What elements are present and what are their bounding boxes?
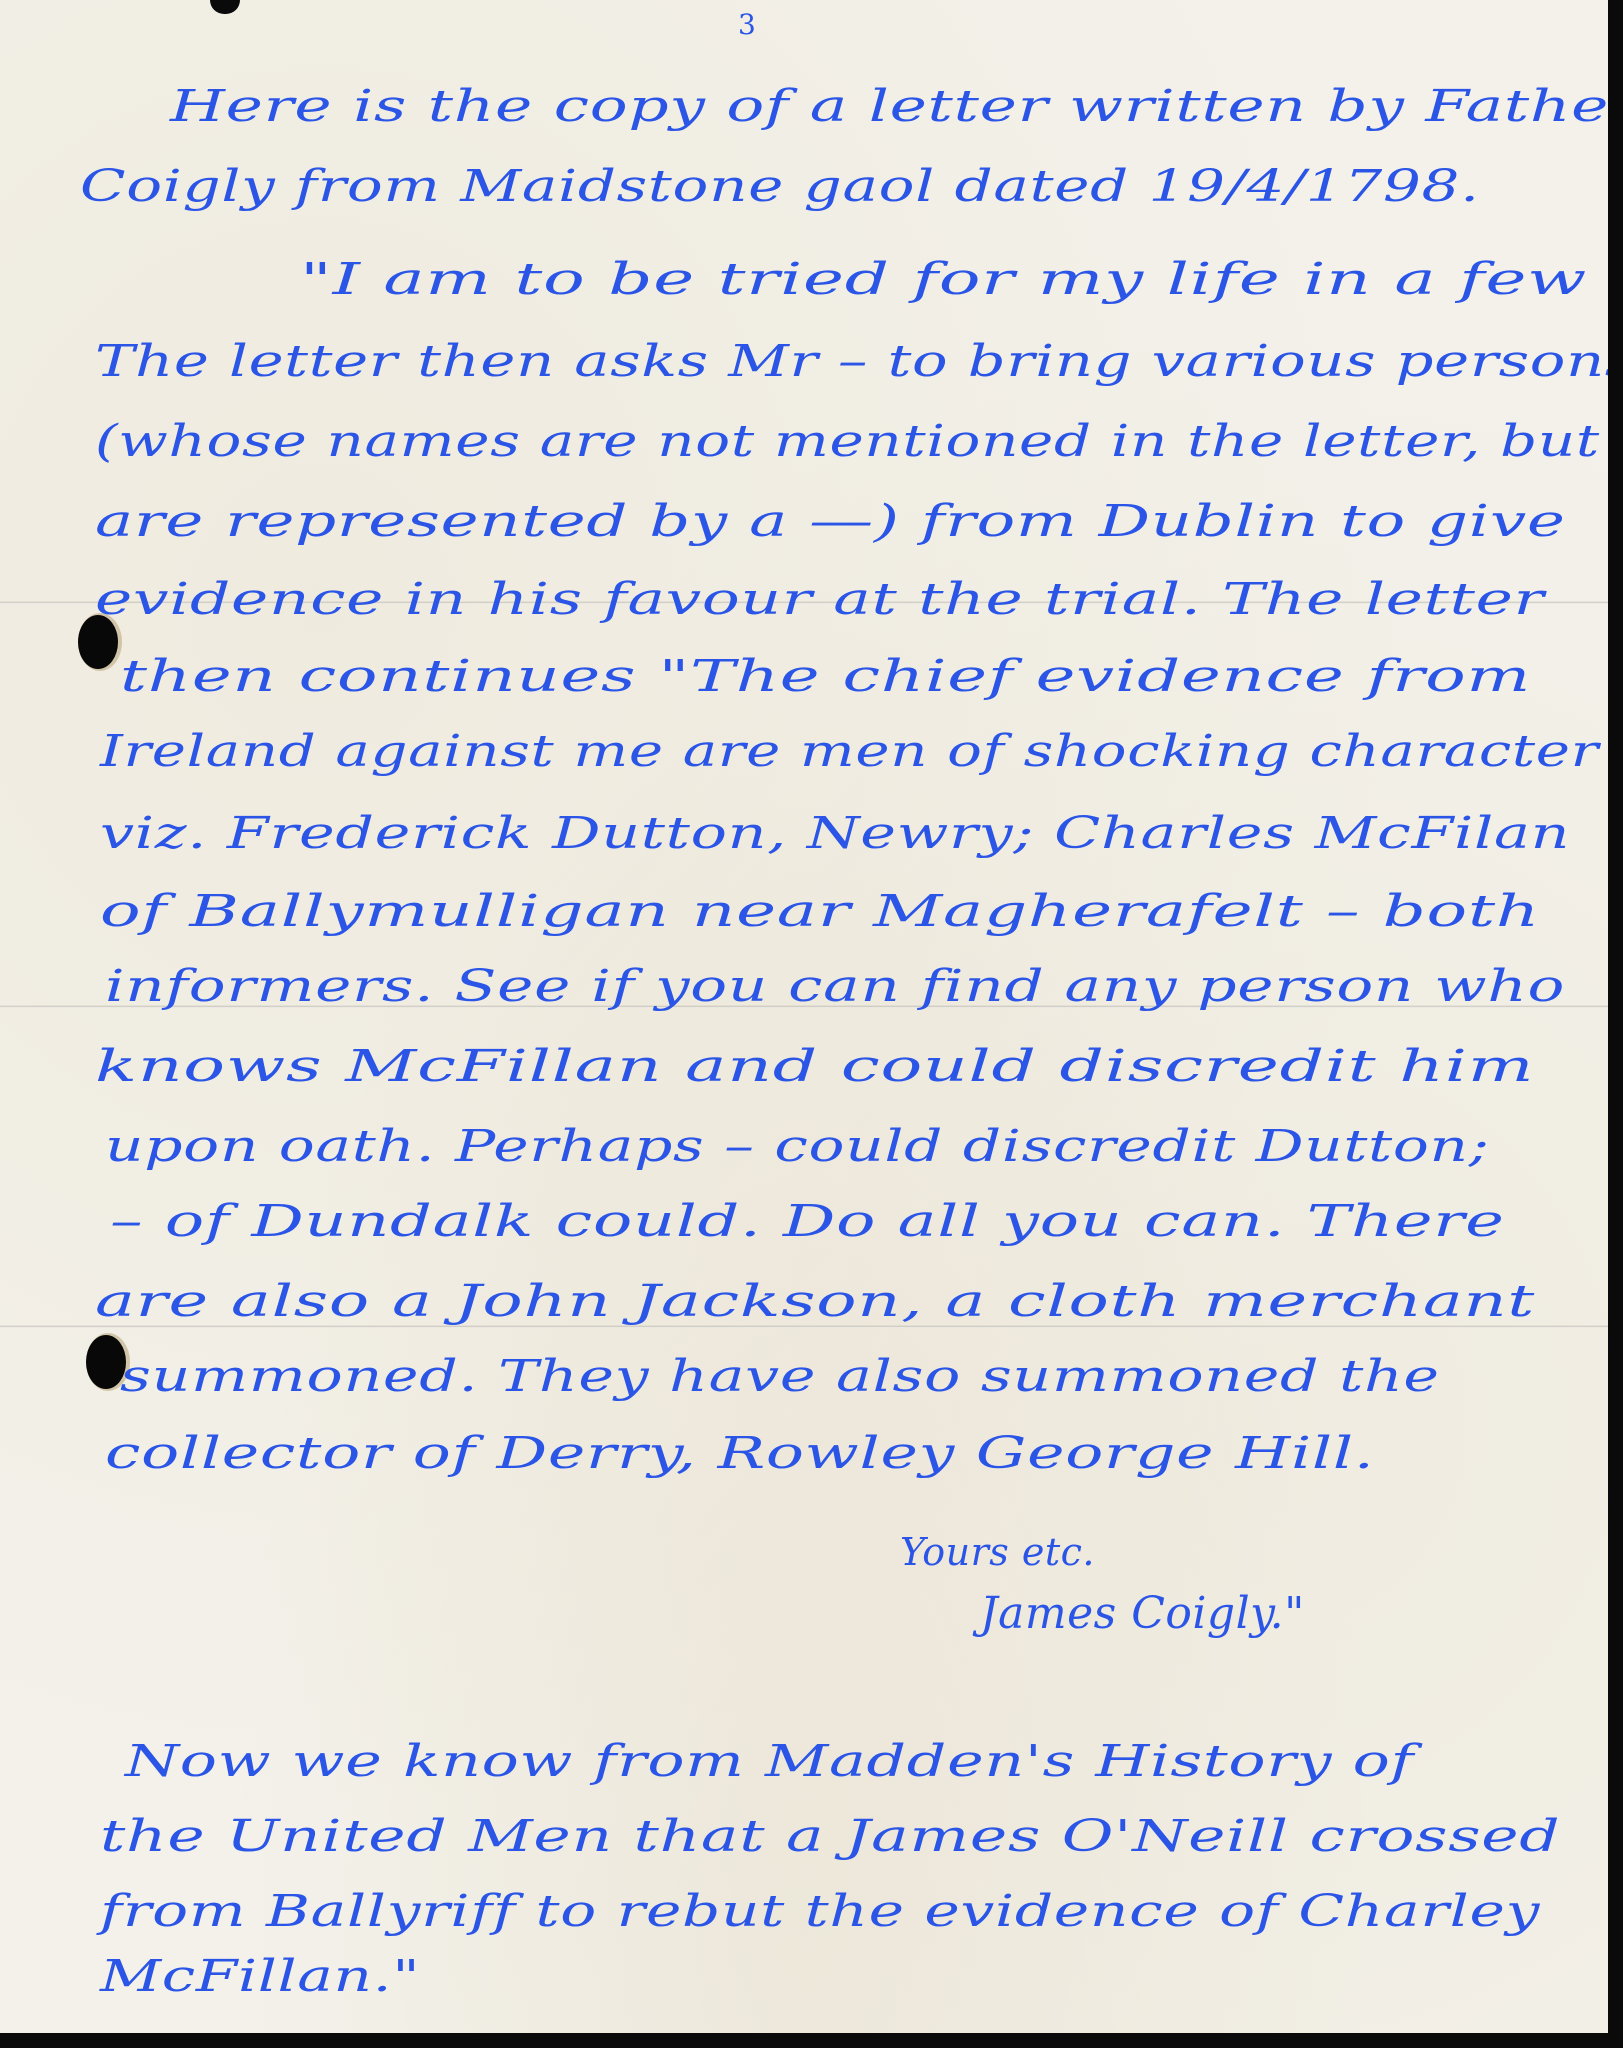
intro-line: Coigly from Maidstone gaol dated 19/4/17…	[80, 165, 1480, 209]
letter-line: Ireland against me are men of shocking c…	[100, 730, 1599, 774]
postscript-line: the United Men that a James O'Neill cros…	[100, 1815, 1560, 1859]
letter-line: then continues "The chief evidence from	[120, 655, 1531, 699]
letter-line: are also a John Jackson, a cloth merchan…	[95, 1280, 1535, 1324]
letter-line: "I am to be tried for my life in a few d…	[300, 258, 1608, 302]
letter-line: informers. See if you can find any perso…	[105, 965, 1565, 1009]
postscript-line: Now we know from Madden's History of	[125, 1740, 1414, 1784]
letter-line: are represented by a —) from Dublin to g…	[95, 500, 1566, 544]
valediction: Yours etc.	[900, 1530, 1095, 1574]
letter-line: of Ballymulligan near Magherafelt – both	[100, 890, 1540, 934]
paper-notch	[210, 0, 240, 14]
letter-line: The letter then asks Mr – to bring vario…	[95, 340, 1608, 384]
letter-line: (whose names are not mentioned in the le…	[95, 420, 1600, 464]
letter-line: collector of Derry, Rowley George Hill.	[105, 1432, 1375, 1476]
letter-line: viz. Frederick Dutton, Newry; Charles Mc…	[100, 812, 1570, 856]
postscript-line: McFillan."	[100, 1955, 420, 1999]
letter-line: summoned. They have also summoned the	[120, 1355, 1440, 1399]
intro-line: Here is the copy of a letter written by …	[170, 85, 1608, 129]
page-number: 3	[738, 8, 756, 41]
letter-line: knows McFillan and could discredit him	[95, 1045, 1534, 1089]
letter-line: upon oath. Perhaps – could discredit Dut…	[105, 1125, 1490, 1169]
letter-line: – of Dundalk could. Do all you can. Ther…	[110, 1200, 1505, 1244]
document-page: 3 Here is the copy of a letter written b…	[0, 0, 1608, 2033]
postscript-line: from Ballyriff to rebut the evidence of …	[100, 1890, 1540, 1934]
signature: James Coigly."	[980, 1592, 1305, 1636]
letter-line: evidence in his favour at the trial. The…	[95, 578, 1544, 622]
